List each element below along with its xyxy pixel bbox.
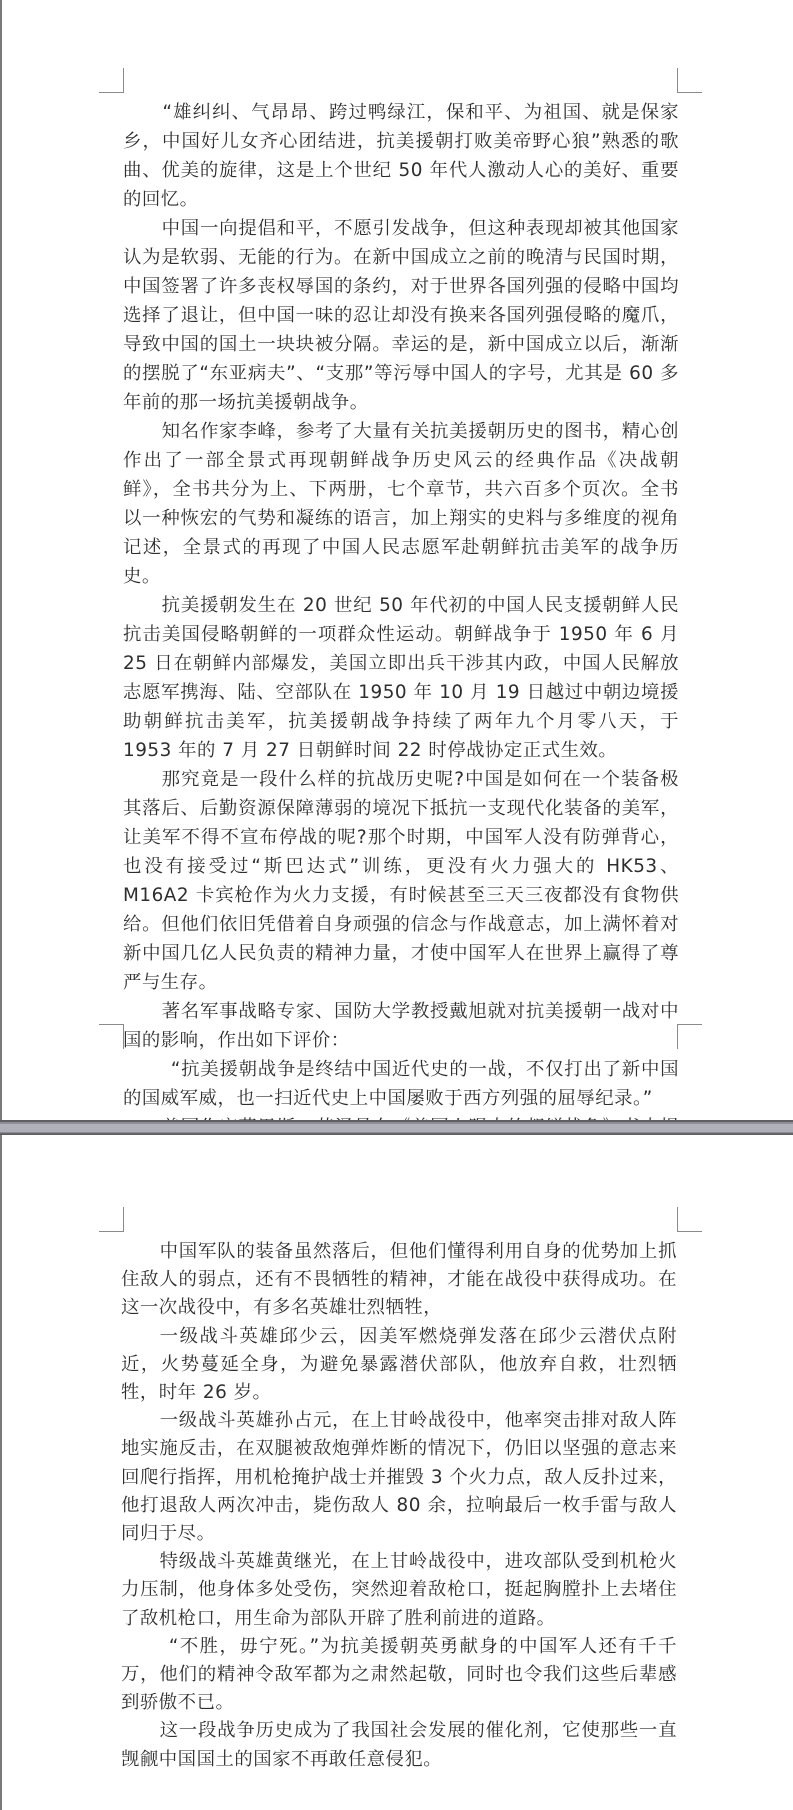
paragraph: 中国一向提倡和平，不愿引发战争，但这种表现却被其他国家认为是软弱、无能的行为。在…: [123, 214, 679, 417]
paragraph: 抗美援朝发生在 20 世纪 50 年代初的中国人民支援朝鲜人民抗击美国侵略朝鲜的…: [123, 591, 679, 765]
margin-corner-mark-top-left: [99, 1207, 124, 1232]
paragraph: 中国军队的装备虽然落后，但他们懂得利用自身的优势加上抓住敌人的弱点，还有不畏牺牲…: [121, 1238, 677, 1323]
paragraph: 那究竟是一段什么样的抗战历史呢?中国是如何在一个装备极其落后、后勤资源保障薄弱的…: [123, 765, 679, 997]
paragraph: 这一段战争历史成为了我国社会发展的催化剂，它使那些一直觊觎中国国土的国家不再敢任…: [121, 1717, 677, 1773]
quoted-paragraph: “抗美援朝战争是终结中国近代史的一战，不仅打出了新中国的国威军威，也一扫近代史上…: [123, 1055, 679, 1113]
margin-corner-mark-bottom-right: [677, 1024, 702, 1049]
page-break-separator: [0, 1120, 793, 1135]
margin-corner-mark-bottom-left: [99, 1024, 124, 1049]
paragraph: 一级战斗英雄邱少云，因美军燃烧弹发落在邱少云潜伏点附近，火势蔓延全身，为避免暴露…: [121, 1323, 677, 1408]
paragraph: “雄纠纠、气昂昂、跨过鸭绿江，保和平、为祖国、就是保家乡，中国好儿女齐心团结进，…: [123, 98, 679, 214]
margin-corner-mark-top-right: [677, 1207, 702, 1232]
paragraph: 一级战斗英雄孙占元，在上甘岭战役中，他率突击排对敌人阵地实施反击，在双腿被敌炮弹…: [121, 1407, 677, 1548]
paragraph: 知名作家李峰，参考了大量有关抗美援朝历史的图书，精心创作出了一部全景式再现朝鲜战…: [123, 417, 679, 591]
paragraph: 著名军事战略专家、国防大学教授戴旭就对抗美援朝一战对中国的影响，作出如下评价：: [123, 997, 679, 1055]
page-2-body-text[interactable]: 中国军队的装备虽然落后，但他们懂得利用自身的优势加上抓住敌人的弱点，还有不畏牺牲…: [121, 1238, 677, 1774]
page-body-text[interactable]: “雄纠纠、气昂昂、跨过鸭绿江，保和平、为祖国、就是保家乡，中国好儿女齐心团结进，…: [123, 98, 679, 1229]
paragraph: 特级战斗英雄黄继光，在上甘岭战役中，进攻部队受到机枪火力压制，他身体多处受伤，突…: [121, 1548, 677, 1633]
quoted-paragraph: “不胜，毋宁死。”为抗美援朝英勇献身的中国军人还有千千万，他们的精神令敌军都为之…: [121, 1633, 677, 1718]
document-page-1: “雄纠纠、气昂昂、跨过鸭绿江，保和平、为祖国、就是保家乡，中国好儿女齐心团结进，…: [0, 0, 793, 1120]
margin-corner-mark-top-right: [677, 68, 702, 93]
margin-corner-mark-top-left: [99, 68, 124, 93]
